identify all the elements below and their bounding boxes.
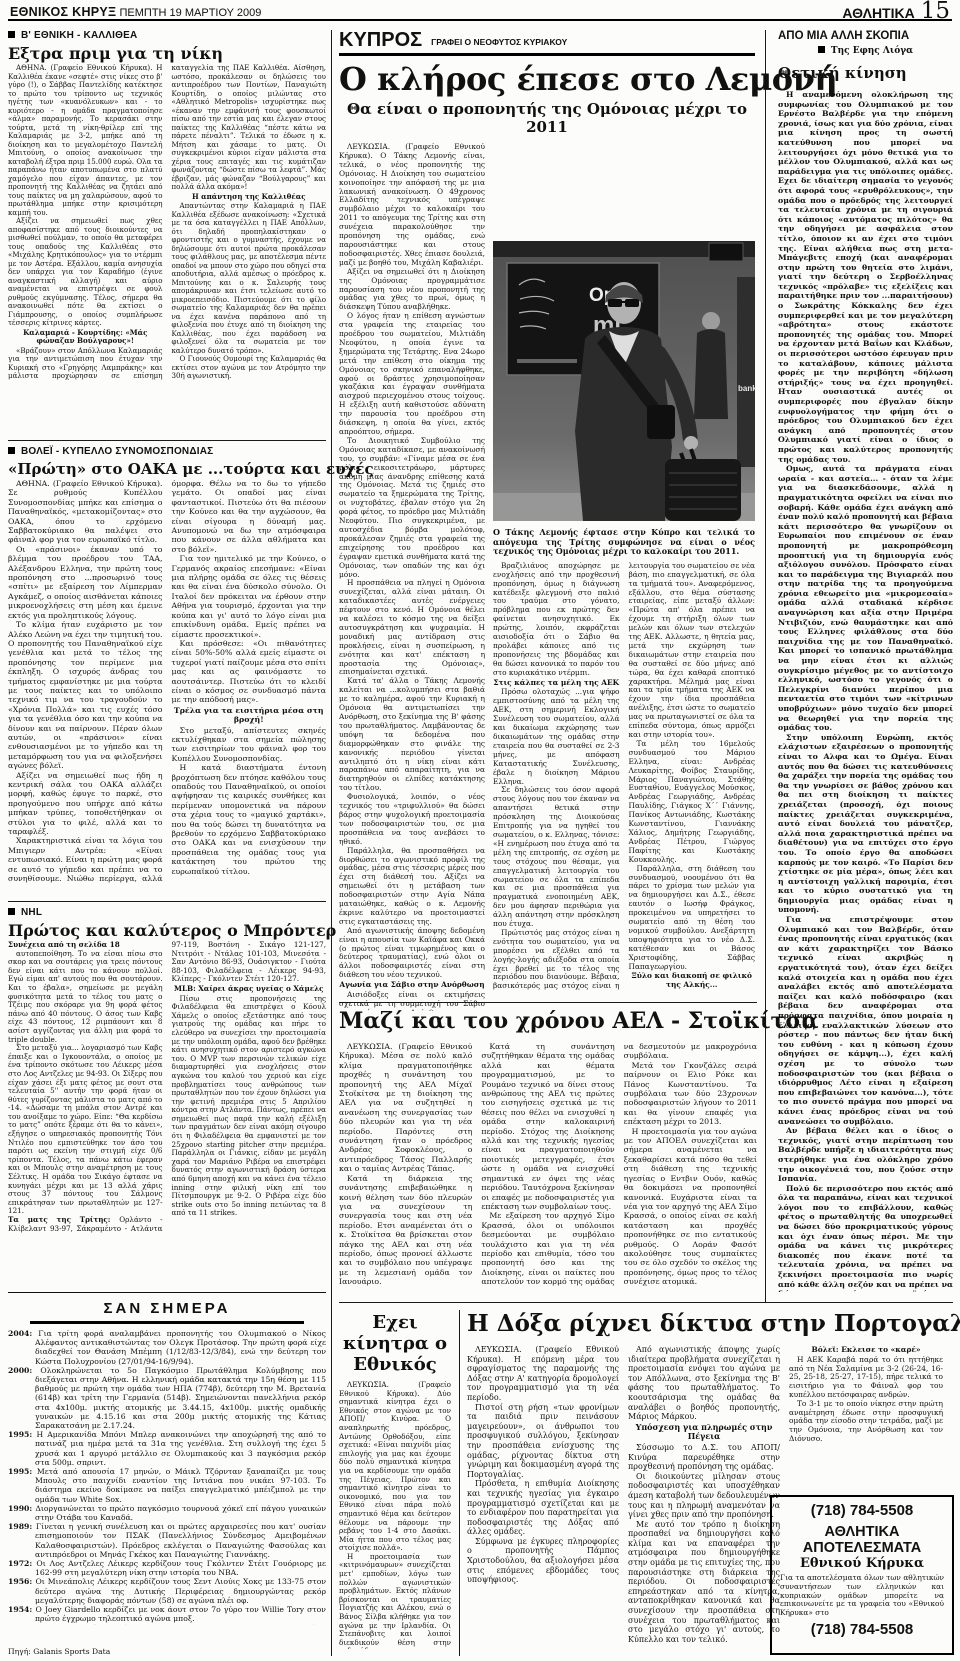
article-paragraph: Παράλληλα, στη διάθεση του συνδυασμού, ν… — [629, 865, 756, 972]
kicker-label: Β' ΕΘΝΙΚΗ - ΚΑΛΛΙΘΕΑ — [21, 30, 137, 41]
on-this-day-entry: 2000: Ολοκληρώνεται το 5ο Παγκόσμιο Πρωτ… — [8, 1366, 326, 1430]
article-kicker: ΒΟΛΕΪ - ΚΥΠΕΛΛΟ ΣΥΝΟΜΟΣΠΟΝΔΙΑΣ — [8, 446, 326, 457]
article-headline: Εχει κίνητρα ο Εθνικός — [339, 1312, 451, 1375]
newspaper-page: ΕΘΝΙΚΟΣ ΚΗΡΥΞ ΠΕΜΠΤΗ 19 ΜΑΡΤΙΟΥ 2009 ΑΘΛ… — [0, 0, 960, 1661]
article-paragraph: ΑΘΗΝΑ. (Γραφείο Εθνικού Κήρυκα). Σε ρυθμ… — [8, 479, 163, 545]
article-paragraph: Η προσπάθεια να πληγεί η Ομόνοια συνεχίζ… — [339, 579, 485, 677]
masthead: ΕΘΝΙΚΟΣ ΚΗΡΥΞ — [10, 5, 116, 19]
on-this-day-entry: 1956: Οι Μινεάπολις Λέικερς κερδίζουν το… — [8, 1577, 326, 1605]
bullet-square-icon — [818, 46, 825, 53]
article-paragraph: Πιστοί στη ρήση «των φρονίμων τα παιδιά … — [467, 1403, 619, 1480]
on-this-day-title: ΣΑΝ ΣΗΜΕΡΑ — [30, 1295, 303, 1324]
on-this-day-entry: 1972: Οι Λος Αντζελες Λέικερς κερδίζουν … — [8, 1559, 326, 1577]
article-paragraph: Το Διοικητικό Συμβούλιο της Ομόνοιας κατ… — [339, 437, 485, 580]
article-headline: «Πρώτη» στο ΟΑΚΑ με ...τούρτα και ευχές — [8, 460, 326, 479]
bullet-square-icon — [8, 31, 15, 38]
article-subhead: Τρέλα για τα εισιτήρια μέσα στη βροχή! — [172, 706, 327, 725]
article-ethnikos: Εχει κίνητρα ο Εθνικός ΛΕΥΚΩΣΙΑ. (Γραφεί… — [339, 1312, 451, 1649]
article-kicker: NHL — [8, 907, 326, 918]
lemonis-photo: Open mi advis bank — [493, 241, 755, 525]
header-rule — [8, 19, 952, 21]
page-header-left: ΕΘΝΙΚΟΣ ΚΗΡΥΞ ΠΕΜΠΤΗ 19 ΜΑΡΤΙΟΥ 2009 — [10, 5, 261, 19]
ad-body-text: Για τα αποτελέσματα όλων των αθλητικών σ… — [780, 1574, 944, 1618]
article-kallithea: Β' ΕΘΝΙΚΗ - ΚΑΛΛΙΘΕΑ Εξτρα πριμ για τη ν… — [8, 30, 326, 430]
article-body: ΑΘΗΝΑ. (Γραφείο Εθνικού Κήρυκα). Σε ρυθμ… — [8, 479, 326, 891]
on-this-day-entry: 1990: Διοργανώνεται το πρώτο παγκόσμιο τ… — [8, 1504, 326, 1522]
article-paragraph: Κατά τη διάρκεια της συνάντησης επιβεβαι… — [339, 1174, 472, 1287]
opinion-kicker: ΑΠΟ ΜΙΑ ΑΛΛΗ ΣΚΟΠΙΑ — [778, 30, 953, 42]
article-nhl: NHL Πρώτος και καλύτερος ο Μπρόντερ Συνέ… — [8, 907, 326, 1281]
article-headline: Η Δόξα ρίχνει δίκτυα στην Πορτογαλία — [467, 1310, 953, 1337]
article-paragraph: Πολύ δε περισσότερο που εκτός από όλα τα… — [778, 1184, 953, 1292]
article-paragraph: Στο μεταξύ, απίστευτες σκηνές εκτυλίχθηκ… — [172, 726, 327, 764]
ad-title-line2: ΑΠΟΤΕΛΕΣΜΑΤΑ — [780, 1540, 944, 1556]
main-subheadline: Θα είναι ο προπονητής της Ομόνοιας μέχρι… — [339, 100, 755, 136]
article-subhead: Βόλεϊ: Εκλεισε το «καρέ» — [789, 1346, 943, 1355]
bullet-square-icon — [8, 447, 15, 454]
article-paragraph: Και πρόσθεσε: «Οι πιθανότητες είναι 50%-… — [172, 639, 327, 705]
article-paragraph: Η κατά διαστήματα έντονη βροχόπτωση δεν … — [172, 763, 327, 876]
article-subhead: Υπόσχεση για πληρωμές στην Πέγεια — [628, 1423, 780, 1442]
on-this-day-entry: 1989: Γίνεται η γενική συνέλευση και οι … — [8, 1522, 326, 1559]
article-headline: Εξτρα πριμ για τη νίκη — [8, 44, 326, 64]
article-column-1: ΛΕΥΚΩΣΙΑ. (Γραφείο Εθνικού Κήρυκα). Ο Τά… — [339, 143, 485, 1011]
article-body: ΛΕΥΚΩΣΙΑ. (Γραφείο Εθνικού Κήρυκα). Μέσα… — [339, 1042, 757, 1292]
article-headline: Πρώτος και καλύτερος ο Μπρόντερ — [8, 921, 326, 941]
article-paragraph: Κατά τη συνάντηση συζητήθηκαν θέματα της… — [481, 1042, 614, 1211]
article-paragraph: ΛΕΥΚΩΣΙΑ. (Γραφείο Εθνικού Κήρυκα). Μέσα… — [339, 1042, 472, 1174]
article-paragraph: Το κλίμα ήταν ευχάριστο με τον Αλέκο Λεώ… — [8, 620, 163, 771]
article-paragraph: ΛΕΥΚΩΣΙΑ. (Γραφείο Εθνικού Κήρυκα). Δύο … — [339, 1381, 451, 1553]
article-paragraph: Μετά τον Γκονζάλες σειρά παίρνουν οι Ελι… — [624, 1061, 757, 1127]
article-paragraph: Σε δηλώσεις του όσον αφορά στους λόγους … — [493, 786, 620, 929]
article-paragraph: Ο Γιουνούς Ουμουρί της Καλαμαριάς θα εκτ… — [172, 355, 327, 381]
article-paragraph: Από αγωνιστικής άποψης χωρίς ιδιαίτερα π… — [628, 1345, 780, 1422]
article-paragraph: Ομως, αυτά τα πράγματα είναι ωραία - και… — [778, 464, 953, 733]
source-credit: Πηγή: Galanis Sports Data — [8, 1647, 110, 1656]
article-paragraph: Αξίζει να σημειωθεί ότι η Διοίκηση της Ο… — [339, 268, 485, 313]
article-paragraph: Αξίζει να σημειωθεί πως ήδη η κεντρική σ… — [8, 771, 163, 837]
column-divider — [459, 1310, 460, 1656]
article-paragraph: ΛΕΥΚΩΣΙΑ. (Γραφείο Εθνικού Κήρυκα). Η επ… — [467, 1345, 619, 1403]
article-paragraph: Πρόσω ολοταχώς ...για ψήφο εμπιστοσύνης … — [493, 688, 620, 786]
article-paragraph: Πρόσθετα, η επιθυμία Διοίκησης και τεχνι… — [467, 1479, 619, 1537]
article-paragraph: Τα μέλη του 16μελούς συνδυασμού του Μάρι… — [629, 740, 756, 865]
article-paragraph: Αν βέβαια θέλει και ο ίδιος ο τεχνικός, … — [778, 1126, 953, 1184]
article-paragraph: ΑΘΗΝΑ. (Γραφείο Εθνικού Κήρυκα). Η Καλλι… — [8, 64, 163, 217]
article-paragraph: Στην υπόλοιπη Ευρώπη, εκτός ελάχιστων εξ… — [778, 733, 953, 915]
writer-credit: ΓΡΑΦΕΙ Ο ΝΕΟΦΥΤΟΣ ΚΥΡΙΑΚΟΥ — [431, 37, 567, 50]
page-date: ΠΕΜΠΤΗ 19 ΜΑΡΤΙΟΥ 2009 — [119, 7, 261, 19]
article-paragraph: ΛΕΥΚΩΣΙΑ. (Γραφείο Εθνικού Κήρυκα). Ο Τά… — [339, 143, 485, 268]
article-headline: Μαζί και του χρόνου ΑΕΛ - Στοϊκίτσα — [339, 1008, 757, 1034]
article-paragraph: Σύσσωμο το Δ.Σ. του ΑΠΟΠ/ Κινύρα παρευρέ… — [628, 1443, 780, 1472]
article-ael: Μαζί και του χρόνου ΑΕΛ - Στοϊκίτσα ΛΕΥΚ… — [339, 1008, 757, 1292]
article-subhead: Στις κάλπες τα μέλη της ΑΕΚ — [493, 679, 620, 688]
article-paragraph: Για τον ημιτελικό με την Κούνεο, ο Γερμα… — [172, 554, 327, 639]
article-paragraph: Σύμφωνα με έγκυρες πληροφορίες ο προπονη… — [467, 1537, 619, 1585]
kicker-label: NHL — [21, 907, 42, 918]
section-divider — [339, 1302, 953, 1303]
byline-name: Της Εφης Λιόγα — [831, 46, 913, 56]
on-this-day-entries: 2004: Για τρίτη φορά αναλαμβάνει προπονη… — [8, 1329, 326, 1625]
on-this-day-section: ΣΑΝ ΣΗΜΕΡΑ 2004: Για τρίτη φορά αναλαμβά… — [8, 1292, 326, 1657]
opinion-body: Η αναμενόμενη ολοκλήρωση της συμφωνίας τ… — [778, 90, 953, 1292]
article-paragraph: Πίσω στις προπονήσεις της Φιλαδέλφεια θα… — [172, 995, 327, 1218]
section-divider — [8, 901, 326, 902]
article-paragraph: Απαντώντας στην Καλαμαριά η ΠΑΕ Καλλιθέα… — [172, 202, 327, 355]
article-paragraph: Η αναμενόμενη ολοκλήρωση της συμφωνίας τ… — [778, 90, 953, 464]
on-this-day-entry: 1995: Η Αμερικανίδα Μπόνι Μπλερ ανακοινώ… — [8, 1430, 326, 1467]
opinion-headline: Θετική κίνηση — [778, 64, 953, 82]
article-subhead: Η απάντηση της Καλλιθέας — [172, 193, 327, 202]
article-paragraph: Φυσιολογικά, λοιπόν, ο νέος τεχνικός του… — [339, 793, 485, 846]
article-paragraph: Κατά τα' άλλα ο Τάκης Λεμονής καλείται ν… — [339, 677, 485, 793]
cyprus-label: ΚΥΠΡΟΣ — [339, 30, 422, 50]
article-paragraph: αυτοπεποίθηση. Το να είσαι πίσω στο σκορ… — [8, 950, 163, 1045]
article-subhead: Αγωνία για Σάβιο στην Ανόρθωση — [339, 981, 485, 990]
article-paragraph: Με αυτό τον τρόπο η διοίκηση προσπαθεί ν… — [628, 1520, 780, 1645]
article-body: ΑΘΗΝΑ. (Γραφείο Εθνικού Κήρυκα). Η Καλλι… — [8, 64, 326, 430]
ad-phone-number-repeat: (718) 784-5508 — [780, 1621, 944, 1639]
on-this-day-entry: 1954: Ο Joey Giardello κερδίζει με νοκ ά… — [8, 1605, 326, 1623]
photo-caption: Ο Τάκης Λεμονής έφτασε στην Κύπρο και τε… — [493, 528, 755, 557]
column-divider — [765, 30, 766, 1302]
article-paragraph: Αξίζει να σημειωθεί πως χθες αποφασίστηκ… — [8, 217, 163, 328]
article-column-3: Βόλεϊ: Εκλεισε το «καρέ»Η ΑΕΚ Καραβά παρ… — [789, 1345, 943, 1457]
article-paragraph: Στο μεταξύ για... λογαριασμό των Καβς έπ… — [8, 1044, 163, 1216]
ad-title-line3: Εθνικού Κήρυκα — [780, 1556, 944, 1571]
article-column-1: ΛΕΥΚΩΣΙΑ. (Γραφείο Εθνικού Κήρυκα). Η επ… — [467, 1345, 619, 1645]
article-subhead: Ξύλο και διακοπή σε φιλικό της Αλκής... — [629, 972, 756, 990]
on-this-day-entry: 1995: Μετά από απουσία 17 μηνών, ο Μάικλ… — [8, 1467, 326, 1504]
on-this-day-entry: 2004: Για τρίτη φορά αναλαμβάνει προπονη… — [8, 1329, 326, 1366]
article-columns-2-3: Βραζιλιάνος αποχώρησε με ενοχλήσεις από … — [493, 562, 755, 1000]
article-body: ΛΕΥΚΩΣΙΑ. (Γραφείο Εθνικού Κήρυκα). Δύο … — [339, 1381, 451, 1649]
ad-phone-number: (718) 784-5508 — [780, 1502, 944, 1520]
opinion-column: ΑΠΟ ΜΙΑ ΑΛΛΗ ΣΚΟΠΙΑ Της Εφης Λιόγα Θετικ… — [778, 30, 953, 1292]
ad-title-line1: ΑΘΛΗΤΙΚΑ — [780, 1524, 944, 1540]
article-paragraph: Οι διοικούντες μίλησαν στους ποδοσφαιρισ… — [628, 1472, 780, 1520]
article-kicker: Β' ΕΘΝΙΚΗ - ΚΑΛΛΙΘΕΑ — [8, 30, 326, 41]
column-divider — [331, 30, 332, 1656]
article-body: Συνέχεια από τη σελίδα 18 αυτοπεποίθηση.… — [8, 941, 326, 1281]
article-paragraph: Παράλληλα, θα προσπαθήσει να διορθώσει τ… — [339, 847, 485, 927]
article-lemonis: ΚΥΠΡΟΣ ΓΡΑΦΕΙ Ο ΝΕΟΦΥΤΟΣ ΚΥΡΙΑΚΟΥ Ο κλήρ… — [339, 30, 755, 1011]
article-column-2: Από αγωνιστικής άποψης χωρίς ιδιαίτερα π… — [628, 1345, 780, 1645]
bullet-square-icon — [8, 908, 15, 915]
on-this-day-entry: 1947: Πρώτη εκτός έδρας νίκη της Εθνικής… — [8, 1624, 326, 1626]
cyprus-kicker-bar: ΚΥΠΡΟΣ ΓΡΑΦΕΙ Ο ΝΕΟΦΥΤΟΣ ΚΥΡΙΑΚΟΥ — [339, 30, 755, 56]
article-paragraph: Η ΑΕΚ Καραβά παρά το ότι ηττήθηκε από τη… — [789, 1356, 943, 1400]
opinion-byline: Της Εφης Λιόγα — [778, 46, 953, 56]
kicker-label: ΒΟΛΕΪ - ΚΥΠΕΛΛΟ ΣΥΝΟΜΟΣΠΟΝΔΙΑΣ — [21, 446, 213, 457]
article-paragraph: Από αγωνιστικής άποψης δεδομένη είναι η … — [339, 927, 485, 980]
banner-text-bank: bank — [738, 384, 755, 393]
article-subhead: MLB: Χαίρει άκρας υγείας ο Χάμελς — [172, 985, 327, 994]
section-divider — [8, 440, 326, 441]
main-headline: Ο κλήρος έπεσε στο Λεμονή — [339, 59, 755, 99]
photo-illustration: Open mi advis bank — [493, 241, 755, 521]
article-paragraph: Το 3-1 με το οποίο νίκησε στην πρώτη ανα… — [789, 1400, 943, 1444]
article-subhead: Καλαμαριά - Κουρτίδης: «Μάς φώναζαν Βούλ… — [8, 329, 163, 346]
article-paragraph: Ο λόγος ήταν η επίθεση αγνώστων στα γραφ… — [339, 312, 485, 437]
article-paragraph: Η προετοιμασία των «κιτρινόμαυρων» συνεχ… — [339, 1553, 451, 1649]
article-paragraph: Βραζιλιάνος αποχώρησε με ενοχλήσεις από … — [493, 562, 620, 678]
article-volley: ΒΟΛΕΪ - ΚΥΠΕΛΛΟ ΣΥΝΟΜΟΣΠΟΝΔΙΑΣ «Πρώτη» σ… — [8, 446, 326, 891]
article-paragraph: Οι «πράσινοι» έκαναν υπό το βλέμμα του π… — [8, 545, 163, 620]
article-paragraph: Η προετοιμασία για τον αγώνα με τον ΑΠΟΕ… — [624, 1127, 757, 1287]
results-ad-box: (718) 784-5508 ΑΘΛΗΤΙΚΑ ΑΠΟΤΕΛΕΣΜΑΤΑ Εθν… — [770, 1495, 954, 1655]
